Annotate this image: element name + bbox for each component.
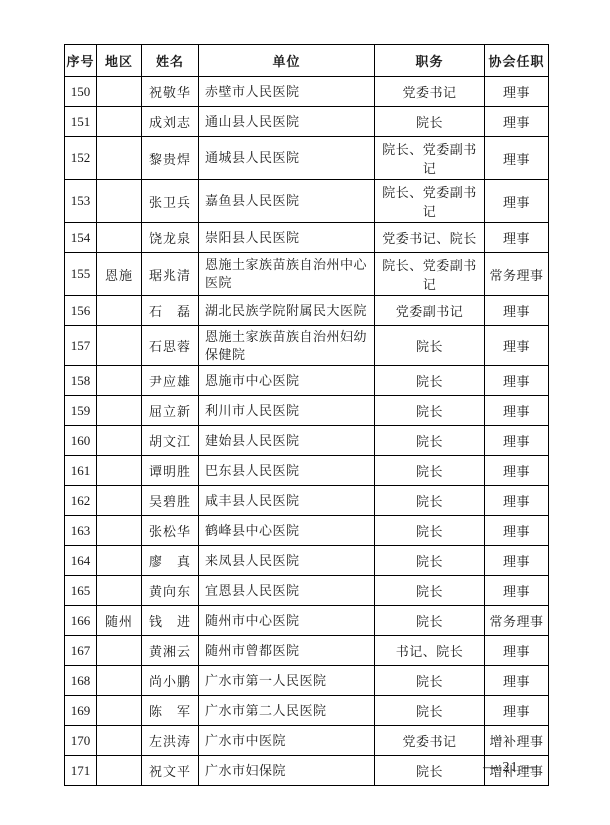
role-cell: 理事 — [485, 326, 549, 366]
name-cell: 尹应雄 — [142, 366, 199, 396]
serial-cell: 159 — [65, 396, 97, 426]
serial-cell: 167 — [65, 636, 97, 666]
table-header: 序号 地区 姓名 单位 职务 协会任职 — [65, 45, 549, 77]
table-row: 167黄湘云随州市曾都医院书记、院长理事 — [65, 636, 549, 666]
name-cell: 陈 军 — [142, 696, 199, 726]
name-cell: 谭明胜 — [142, 456, 199, 486]
position-cell: 院长、党委副书记 — [375, 253, 485, 296]
role-cell: 理事 — [485, 546, 549, 576]
header-role: 协会任职 — [485, 45, 549, 77]
header-region: 地区 — [97, 45, 142, 77]
region-cell — [97, 576, 142, 606]
region-cell — [97, 223, 142, 253]
table-row: 162吴碧胜咸丰县人民医院院长理事 — [65, 486, 549, 516]
role-cell: 常务理事 — [485, 606, 549, 636]
name-cell: 祝敬华 — [142, 77, 199, 107]
unit-cell: 随州市中心医院 — [199, 606, 375, 636]
unit-cell: 崇阳县人民医院 — [199, 223, 375, 253]
role-cell: 理事 — [485, 486, 549, 516]
roster-table: 序号 地区 姓名 单位 职务 协会任职 150祝敬华赤壁市人民医院党委书记理事1… — [64, 44, 549, 786]
serial-cell: 161 — [65, 456, 97, 486]
role-cell: 理事 — [485, 516, 549, 546]
name-cell: 廖 真 — [142, 546, 199, 576]
region-cell — [97, 180, 142, 223]
position-cell: 院长、党委副书记 — [375, 180, 485, 223]
table-row: 155恩施琚兆清恩施土家族苗族自治州中心医院院长、党委副书记常务理事 — [65, 253, 549, 296]
table-row: 160胡文江建始县人民医院院长理事 — [65, 426, 549, 456]
position-cell: 党委书记 — [375, 726, 485, 756]
position-cell: 院长 — [375, 326, 485, 366]
role-cell: 增补理事 — [485, 726, 549, 756]
table-row: 156石 磊湖北民族学院附属民大医院党委副书记理事 — [65, 296, 549, 326]
unit-cell: 通城县人民医院 — [199, 137, 375, 180]
role-cell: 理事 — [485, 180, 549, 223]
unit-cell: 广水市第一人民医院 — [199, 666, 375, 696]
table-row: 152黎贵焊通城县人民医院院长、党委副书记理事 — [65, 137, 549, 180]
unit-cell: 建始县人民医院 — [199, 426, 375, 456]
name-cell: 吴碧胜 — [142, 486, 199, 516]
table-row: 163张松华鹤峰县中心医院院长理事 — [65, 516, 549, 546]
role-cell: 常务理事 — [485, 253, 549, 296]
region-cell — [97, 666, 142, 696]
serial-cell: 156 — [65, 296, 97, 326]
header-position: 职务 — [375, 45, 485, 77]
table-row: 154饶龙泉崇阳县人民医院党委书记、院长理事 — [65, 223, 549, 253]
position-cell: 院长 — [375, 396, 485, 426]
region-cell: 恩施 — [97, 253, 142, 296]
page-number: — 21 — — [483, 760, 538, 776]
position-cell: 院长 — [375, 696, 485, 726]
table-body: 150祝敬华赤壁市人民医院党委书记理事151成刘志通山县人民医院院长理事152黎… — [65, 77, 549, 786]
region-cell — [97, 486, 142, 516]
name-cell: 屈立新 — [142, 396, 199, 426]
serial-cell: 170 — [65, 726, 97, 756]
unit-cell: 随州市曾都医院 — [199, 636, 375, 666]
name-cell: 黄湘云 — [142, 636, 199, 666]
name-cell: 黎贵焊 — [142, 137, 199, 180]
serial-cell: 168 — [65, 666, 97, 696]
unit-cell: 嘉鱼县人民医院 — [199, 180, 375, 223]
unit-cell: 巴东县人民医院 — [199, 456, 375, 486]
role-cell: 理事 — [485, 107, 549, 137]
unit-cell: 广水市中医院 — [199, 726, 375, 756]
serial-cell: 151 — [65, 107, 97, 137]
region-cell — [97, 726, 142, 756]
unit-cell: 咸丰县人民医院 — [199, 486, 375, 516]
role-cell: 理事 — [485, 137, 549, 180]
role-cell: 理事 — [485, 456, 549, 486]
serial-cell: 166 — [65, 606, 97, 636]
name-cell: 左洪涛 — [142, 726, 199, 756]
serial-cell: 171 — [65, 756, 97, 786]
table-row: 150祝敬华赤壁市人民医院党委书记理事 — [65, 77, 549, 107]
role-cell: 理事 — [485, 223, 549, 253]
unit-cell: 广水市妇保院 — [199, 756, 375, 786]
serial-cell: 154 — [65, 223, 97, 253]
serial-cell: 160 — [65, 426, 97, 456]
position-cell: 院长 — [375, 666, 485, 696]
unit-cell: 恩施土家族苗族自治州中心医院 — [199, 253, 375, 296]
name-cell: 成刘志 — [142, 107, 199, 137]
position-cell: 院长 — [375, 546, 485, 576]
table-row: 159屈立新利川市人民医院院长理事 — [65, 396, 549, 426]
name-cell: 尚小鹏 — [142, 666, 199, 696]
serial-cell: 165 — [65, 576, 97, 606]
region-cell — [97, 426, 142, 456]
unit-cell: 湖北民族学院附属民大医院 — [199, 296, 375, 326]
unit-cell: 来凤县人民医院 — [199, 546, 375, 576]
region-cell — [97, 396, 142, 426]
role-cell: 理事 — [485, 666, 549, 696]
table-row: 169陈 军广水市第二人民医院院长理事 — [65, 696, 549, 726]
serial-cell: 164 — [65, 546, 97, 576]
position-cell: 党委副书记 — [375, 296, 485, 326]
table-row: 151成刘志通山县人民医院院长理事 — [65, 107, 549, 137]
position-cell: 院长 — [375, 756, 485, 786]
unit-cell: 鹤峰县中心医院 — [199, 516, 375, 546]
region-cell — [97, 516, 142, 546]
position-cell: 院长 — [375, 456, 485, 486]
header-serial: 序号 — [65, 45, 97, 77]
unit-cell: 恩施市中心医院 — [199, 366, 375, 396]
name-cell: 饶龙泉 — [142, 223, 199, 253]
header-unit: 单位 — [199, 45, 375, 77]
role-cell: 理事 — [485, 366, 549, 396]
name-cell: 张卫兵 — [142, 180, 199, 223]
region-cell — [97, 546, 142, 576]
name-cell: 张松华 — [142, 516, 199, 546]
unit-cell: 利川市人民医院 — [199, 396, 375, 426]
serial-cell: 153 — [65, 180, 97, 223]
unit-cell: 恩施土家族苗族自治州妇幼保健院 — [199, 326, 375, 366]
table-row: 164廖 真来凤县人民医院院长理事 — [65, 546, 549, 576]
role-cell: 理事 — [485, 636, 549, 666]
name-cell: 钱 进 — [142, 606, 199, 636]
table-row: 158尹应雄恩施市中心医院院长理事 — [65, 366, 549, 396]
region-cell — [97, 456, 142, 486]
name-cell: 琚兆清 — [142, 253, 199, 296]
table-row: 170左洪涛广水市中医院党委书记增补理事 — [65, 726, 549, 756]
region-cell — [97, 756, 142, 786]
role-cell: 理事 — [485, 396, 549, 426]
table-row: 168尚小鹏广水市第一人民医院院长理事 — [65, 666, 549, 696]
table-row: 153张卫兵嘉鱼县人民医院院长、党委副书记理事 — [65, 180, 549, 223]
serial-cell: 162 — [65, 486, 97, 516]
region-cell — [97, 77, 142, 107]
role-cell: 理事 — [485, 296, 549, 326]
position-cell: 院长 — [375, 426, 485, 456]
region-cell — [97, 366, 142, 396]
position-cell: 党委书记、院长 — [375, 223, 485, 253]
serial-cell: 169 — [65, 696, 97, 726]
position-cell: 党委书记 — [375, 77, 485, 107]
name-cell: 祝文平 — [142, 756, 199, 786]
serial-cell: 150 — [65, 77, 97, 107]
position-cell: 院长 — [375, 366, 485, 396]
serial-cell: 158 — [65, 366, 97, 396]
role-cell: 理事 — [485, 696, 549, 726]
position-cell: 院长、党委副书记 — [375, 137, 485, 180]
role-cell: 理事 — [485, 77, 549, 107]
position-cell: 院长 — [375, 576, 485, 606]
name-cell: 石 磊 — [142, 296, 199, 326]
table-row: 161谭明胜巴东县人民医院院长理事 — [65, 456, 549, 486]
header-name: 姓名 — [142, 45, 199, 77]
table-row: 165黄向东宜恩县人民医院院长理事 — [65, 576, 549, 606]
name-cell: 黄向东 — [142, 576, 199, 606]
region-cell — [97, 107, 142, 137]
serial-cell: 163 — [65, 516, 97, 546]
region-cell — [97, 137, 142, 180]
table-row: 171祝文平广水市妇保院院长增补理事 — [65, 756, 549, 786]
unit-cell: 宜恩县人民医院 — [199, 576, 375, 606]
serial-cell: 157 — [65, 326, 97, 366]
region-cell — [97, 696, 142, 726]
name-cell: 石思蓉 — [142, 326, 199, 366]
position-cell: 院长 — [375, 107, 485, 137]
position-cell: 院长 — [375, 606, 485, 636]
position-cell: 院长 — [375, 516, 485, 546]
position-cell: 院长 — [375, 486, 485, 516]
name-cell: 胡文江 — [142, 426, 199, 456]
table-row: 166随州钱 进随州市中心医院院长常务理事 — [65, 606, 549, 636]
serial-cell: 152 — [65, 137, 97, 180]
serial-cell: 155 — [65, 253, 97, 296]
table-row: 157石思蓉恩施土家族苗族自治州妇幼保健院院长理事 — [65, 326, 549, 366]
unit-cell: 通山县人民医院 — [199, 107, 375, 137]
unit-cell: 赤壁市人民医院 — [199, 77, 375, 107]
header-row: 序号 地区 姓名 单位 职务 协会任职 — [65, 45, 549, 77]
region-cell — [97, 326, 142, 366]
role-cell: 理事 — [485, 426, 549, 456]
region-cell — [97, 296, 142, 326]
role-cell: 理事 — [485, 576, 549, 606]
unit-cell: 广水市第二人民医院 — [199, 696, 375, 726]
position-cell: 书记、院长 — [375, 636, 485, 666]
region-cell — [97, 636, 142, 666]
region-cell: 随州 — [97, 606, 142, 636]
